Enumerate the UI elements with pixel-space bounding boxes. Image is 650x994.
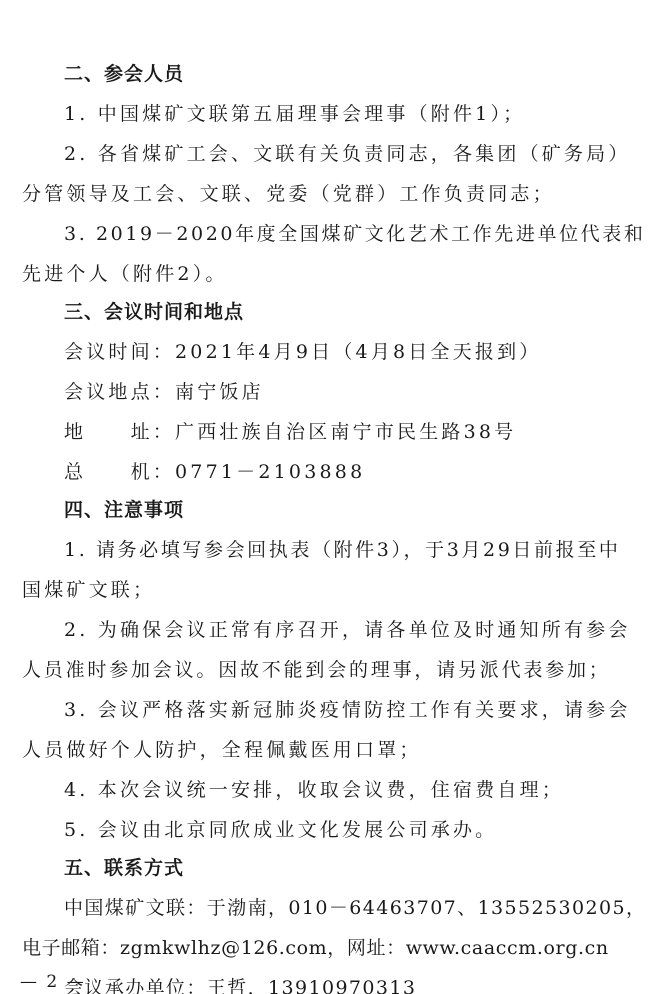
paragraph-line: 1. 中国煤矿文联第五届理事会理事（附件1）；	[64, 102, 525, 126]
paragraph-line: 分管领导及工会、文联、党委（党群）工作负责同志；	[22, 182, 555, 206]
paragraph-line: 先进个人（附件2）。	[22, 262, 228, 286]
paragraph-line: 1. 请务必填写参会回执表（附件3），于3月29日前报至中	[64, 538, 620, 562]
paragraph-line: 3. 会议严格落实新冠肺炎疫情防控工作有关要求，请参会	[64, 698, 631, 722]
meeting-address: 地 址：广西壮族自治区南宁市民生路38号	[64, 420, 516, 444]
section-heading-time-location: 三、会议时间和地点	[64, 300, 244, 324]
paragraph-line: 国煤矿文联；	[22, 578, 155, 602]
contact-email-website: 电子邮箱：zgmkwlhz@126.com，网址：www.caaccm.org.…	[22, 936, 609, 960]
paragraph-line: 人员做好个人防护，全程佩戴医用口罩；	[22, 738, 422, 762]
meeting-time: 会议时间：2021年4月9日（4月8日全天报到）	[64, 340, 542, 364]
switchboard-number: 总 机：0771－2103888	[64, 460, 365, 484]
paragraph-line: 2. 为确保会议正常有序召开，请各单位及时通知所有参会	[64, 618, 631, 642]
contact-organizer: 会议承办单位：王哲，13910970313	[64, 976, 416, 994]
document-page: 二、参会人员 1. 中国煤矿文联第五届理事会理事（附件1）； 2. 各省煤矿工会…	[0, 0, 650, 994]
paragraph-line: 4. 本次会议统一安排，收取会议费，住宿费自理；	[64, 778, 564, 802]
contact-federation: 中国煤矿文联：于渤南，010－64463707、13552530205，	[64, 896, 646, 920]
section-heading-contact: 五、联系方式	[64, 856, 184, 880]
paragraph-line: 2. 各省煤矿工会、文联有关负责同志，各集团（矿务局）	[64, 142, 631, 166]
paragraph-line: 人员准时参加会议。因故不能到会的理事，请另派代表参加；	[22, 658, 611, 682]
paragraph-line: 3. 2019－2020年度全国煤矿文化艺术工作先进单位代表和	[64, 222, 645, 246]
section-heading-attendees: 二、参会人员	[64, 62, 184, 86]
section-heading-notes: 四、注意事项	[64, 498, 184, 522]
page-number: — 2 —	[20, 972, 86, 992]
paragraph-line: 5. 会议由北京同欣成业文化发展公司承办。	[64, 818, 497, 842]
meeting-venue: 会议地点：南宁饭店	[64, 380, 264, 404]
